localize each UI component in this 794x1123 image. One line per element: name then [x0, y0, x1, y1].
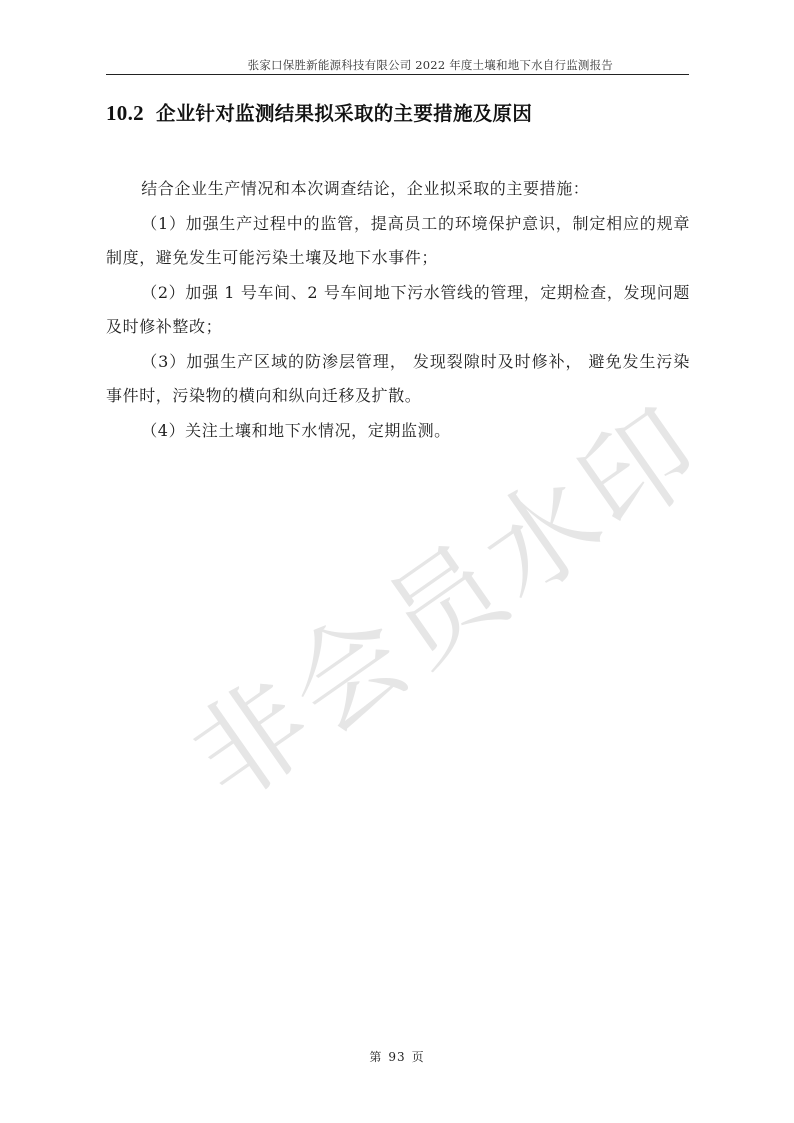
intro-paragraph: 结合企业生产情况和本次调查结论，企业拟采取的主要措施： [106, 172, 690, 207]
body-text: 结合企业生产情况和本次调查结论，企业拟采取的主要措施： （1）加强生产过程中的监… [106, 172, 690, 448]
section-number: 10.2 [106, 101, 144, 125]
measure-1-paragraph: （1）加强生产过程中的监管，提高员工的环境保护意识，制定相应的规章制度，避免发生… [106, 207, 690, 276]
measure-4-paragraph: （4）关注土壤和地下水情况，定期监测。 [106, 414, 690, 449]
page-label-suffix: 页 [412, 1050, 425, 1064]
measure-2-paragraph: （2）加强 1 号车间、2 号车间地下污水管线的管理，定期检查，发现问题及时修补… [106, 276, 690, 345]
section-heading: 10.2企业针对监测结果拟采取的主要措施及原因 [106, 98, 794, 126]
page-header: 张家口保胜新能源科技有限公司 2022 年度土壤和地下水自行监测报告 [106, 52, 689, 75]
page-footer: 第93页 [0, 1048, 794, 1065]
header-text: 张家口保胜新能源科技有限公司 2022 年度土壤和地下水自行监测报告 [248, 57, 613, 73]
page-label-prefix: 第 [369, 1050, 382, 1064]
section-title: 企业针对监测结果拟采取的主要措施及原因 [156, 102, 532, 125]
measure-3-paragraph: （3）加强生产区域的防渗层管理， 发现裂隙时及时修补， 避免发生污染事件时，污染… [106, 345, 690, 414]
page-number: 93 [388, 1050, 405, 1064]
